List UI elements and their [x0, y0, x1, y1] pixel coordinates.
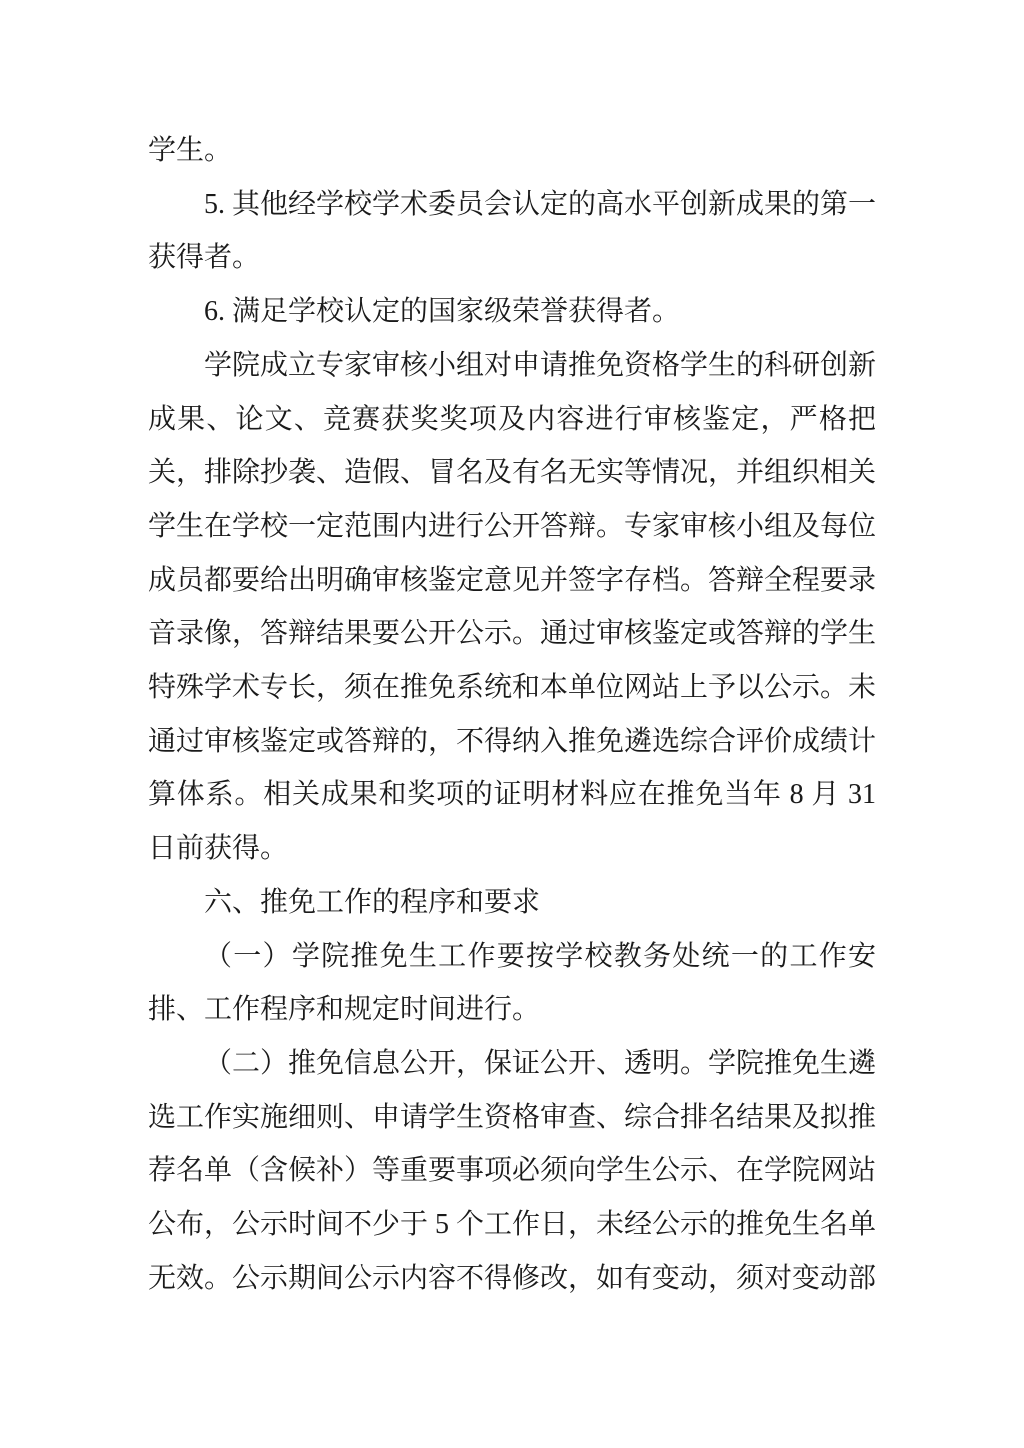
paragraph-expert-review: 学院成立专家审核小组对申请推免资格学生的科研创新成果、论文、竞赛获奖奖项及内容进… [148, 339, 876, 876]
paragraph-continuation: 学生。 [148, 124, 876, 178]
document-body: 学生。 5. 其他经学校学术委员会认定的高水平创新成果的第一获得者。 6. 满足… [148, 124, 876, 1305]
clause-one-paragraph: （一）学院推免生工作要按学校教务处统一的工作安排、工作程序和规定时间进行。 [148, 930, 876, 1037]
document-page: 学生。 5. 其他经学校学术委员会认定的高水平创新成果的第一获得者。 6. 满足… [0, 0, 1024, 1448]
list-item-5: 5. 其他经学校学术委员会认定的高水平创新成果的第一获得者。 [148, 178, 876, 285]
list-item-6: 6. 满足学校认定的国家级荣誉获得者。 [148, 285, 876, 339]
clause-two-paragraph: （二）推免信息公开，保证公开、透明。学院推免生遴选工作实施细则、申请学生资格审查… [148, 1037, 876, 1306]
section-heading-six: 六、推免工作的程序和要求 [148, 876, 876, 930]
